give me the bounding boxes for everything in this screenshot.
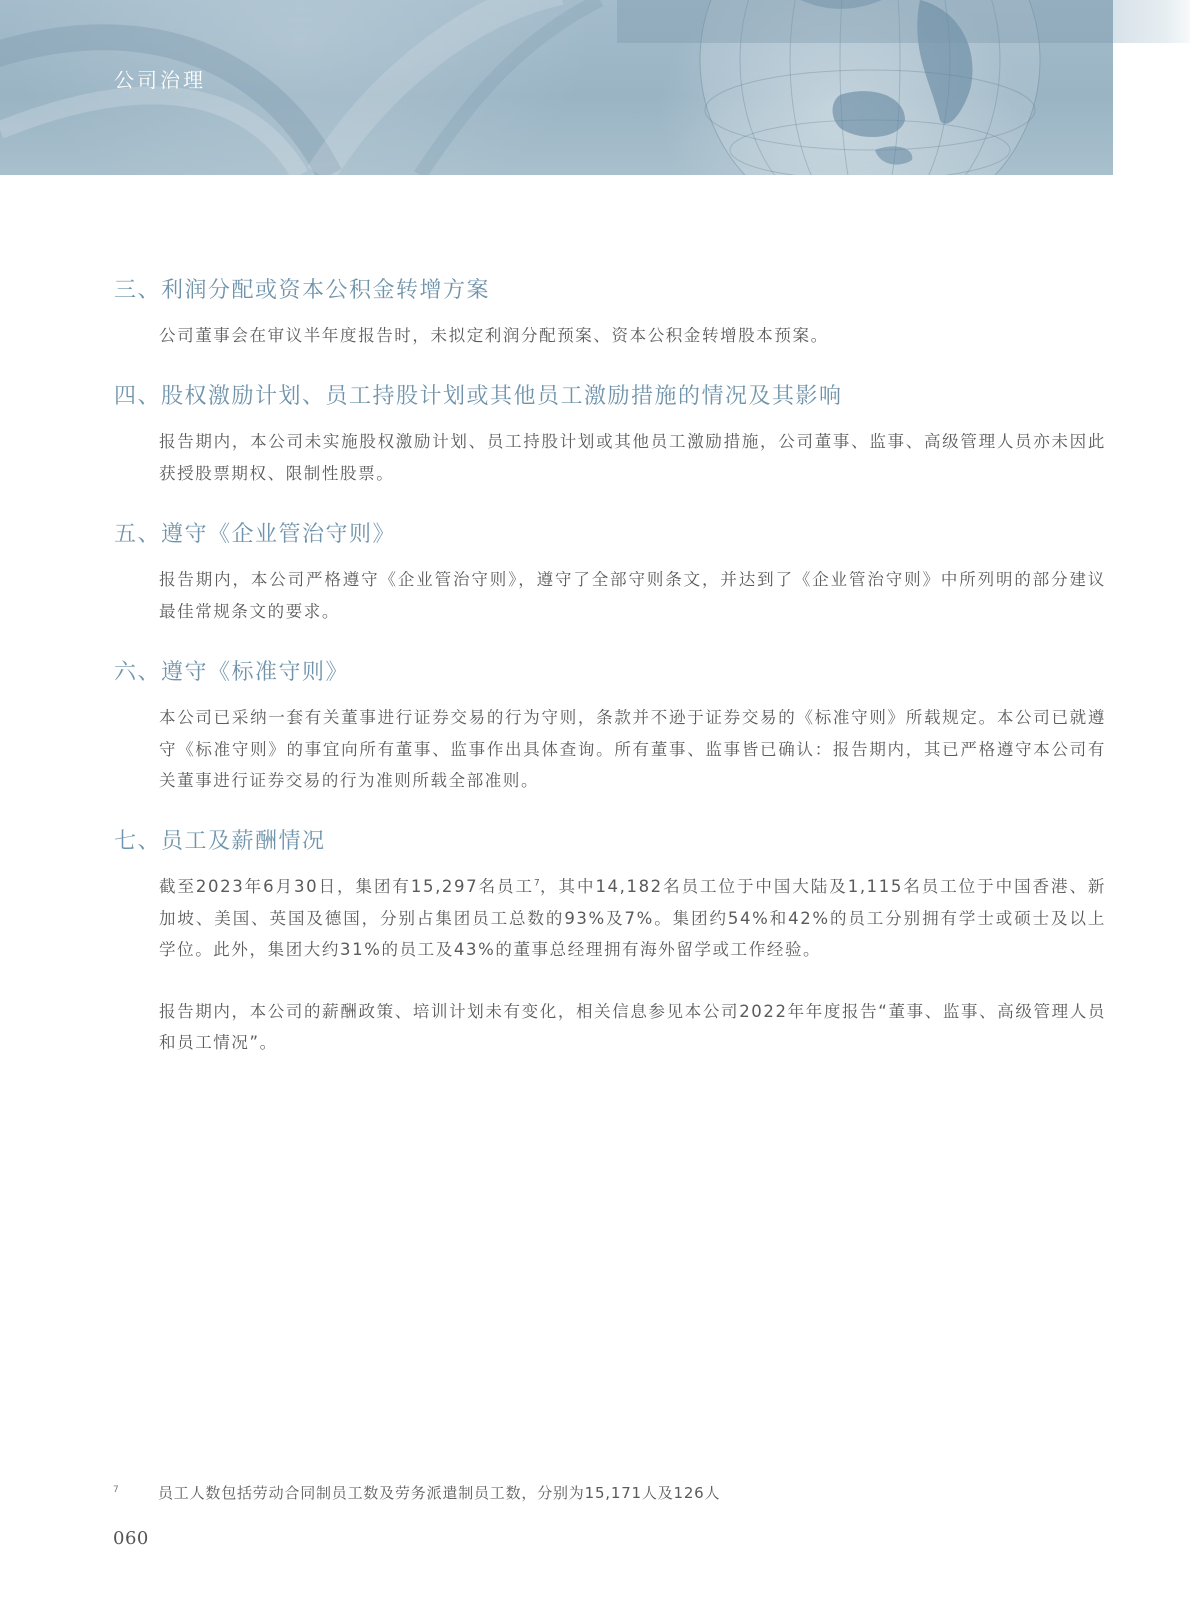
- section-body: 本公司已采纳一套有关董事进行证券交易的行为守则，条款并不逊于证券交易的《标准守则…: [159, 702, 1106, 797]
- section-equity-incentive: 四、股权激励计划、员工持股计划或其他员工激励措施的情况及其影响 报告期内，本公司…: [114, 382, 1106, 489]
- paragraph: 公司董事会在审议半年度报告时，未拟定利润分配预案、资本公积金转增股本预案。: [159, 320, 829, 352]
- paragraph: 报告期内，本公司严格遵守《企业管治守则》，遵守了全部守则条文，并达到了《企业管治…: [159, 564, 1106, 627]
- section-body: 报告期内，本公司未实施股权激励计划、员工持股计划或其他员工激励措施，公司董事、监…: [159, 426, 1106, 489]
- footnote-text: 员工人数包括劳动合同制员工数及劳务派遣制员工数，分别为15,171人及126人: [158, 1484, 720, 1502]
- section-profit-distribution: 三、利润分配或资本公积金转增方案 公司董事会在审议半年度报告时，未拟定利润分配预…: [114, 276, 829, 352]
- section-heading: 四、股权激励计划、员工持股计划或其他员工激励措施的情况及其影响: [114, 382, 1106, 412]
- section-title: 公司治理: [114, 64, 206, 93]
- footnote: 7员工人数包括劳动合同制员工数及劳务派遣制员工数，分别为15,171人及126人: [113, 1482, 1013, 1503]
- footnote-marker: 7: [113, 1485, 158, 1495]
- page-number: 060: [113, 1528, 149, 1549]
- section-body: 报告期内，本公司严格遵守《企业管治守则》，遵守了全部守则条文，并达到了《企业管治…: [159, 564, 1106, 627]
- section-heading: 六、遵守《标准守则》: [114, 658, 1106, 688]
- paragraph: 报告期内，本公司未实施股权激励计划、员工持股计划或其他员工激励措施，公司董事、监…: [159, 426, 1106, 489]
- banner-top-strip: [617, 0, 1190, 43]
- section-heading: 七、员工及薪酬情况: [114, 827, 1106, 857]
- section-body: 截至2023年6月30日，集团有15,297名员工7，其中14,182名员工位于…: [159, 871, 1106, 1059]
- section-heading: 三、利润分配或资本公积金转增方案: [114, 276, 829, 306]
- banner-top-strip-right: [1113, 0, 1190, 43]
- section-body: 公司董事会在审议半年度报告时，未拟定利润分配预案、资本公积金转增股本预案。: [159, 320, 829, 352]
- paragraph-employee-stats: 截至2023年6月30日，集团有15,297名员工7，其中14,182名员工位于…: [159, 871, 1106, 966]
- section-employees-remuneration: 七、员工及薪酬情况 截至2023年6月30日，集团有15,297名员工7，其中1…: [114, 827, 1106, 1059]
- paragraph: 本公司已采纳一套有关董事进行证券交易的行为守则，条款并不逊于证券交易的《标准守则…: [159, 702, 1106, 797]
- section-corporate-governance-code: 五、遵守《企业管治守则》 报告期内，本公司严格遵守《企业管治守则》，遵守了全部守…: [114, 520, 1106, 627]
- paragraph-remuneration-policy: 报告期内，本公司的薪酬政策、培训计划未有变化，相关信息参见本公司2022年年度报…: [159, 996, 1106, 1059]
- section-heading: 五、遵守《企业管治守则》: [114, 520, 1106, 550]
- paragraph-text: 截至2023年6月30日，集团有15,297名员工: [159, 877, 534, 896]
- section-model-code: 六、遵守《标准守则》 本公司已采纳一套有关董事进行证券交易的行为守则，条款并不逊…: [114, 658, 1106, 797]
